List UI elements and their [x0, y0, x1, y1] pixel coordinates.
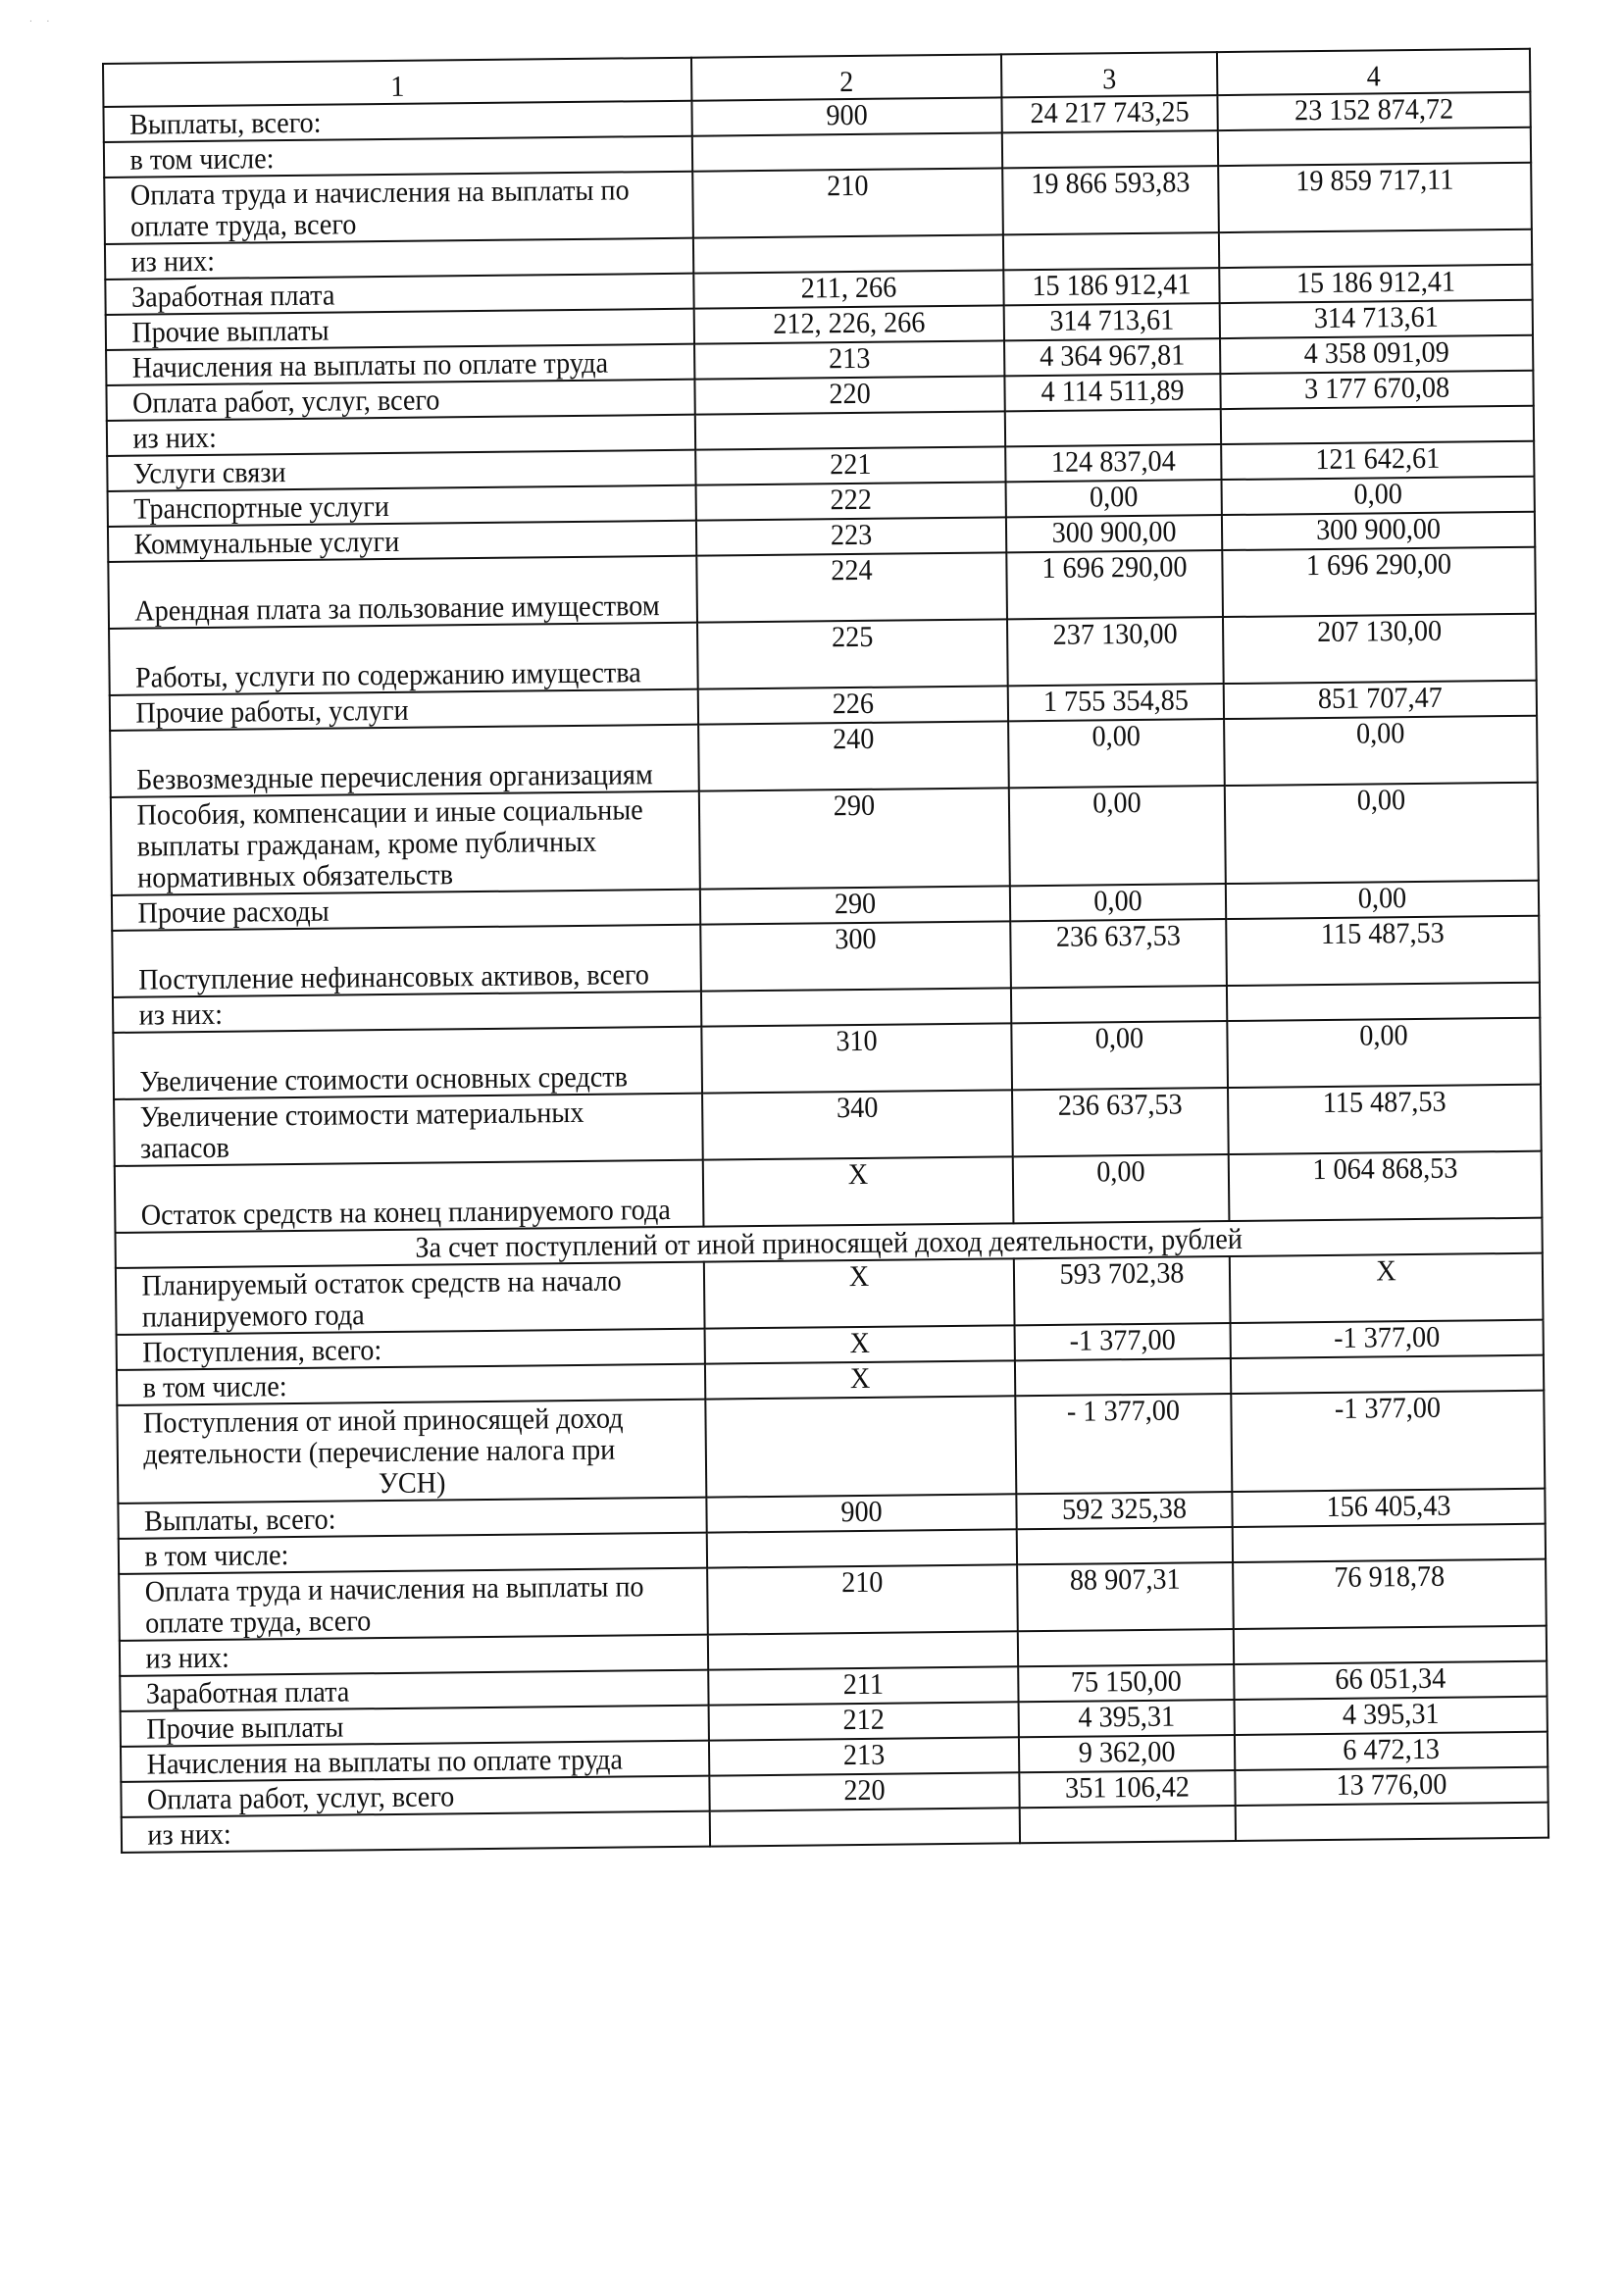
row-value-col3	[1024, 1629, 1227, 1666]
row-value-col4: 156 405,43	[1242, 1489, 1536, 1527]
scan-artifact: . .	[29, 14, 55, 25]
row-value-col3: 593 702,38	[1020, 1256, 1224, 1325]
row-value-col3: 0,00	[1018, 1021, 1222, 1090]
row-code	[701, 132, 992, 171]
row-value-col4: 851 707,47	[1233, 681, 1527, 719]
row-value-col4	[1227, 127, 1521, 166]
row-value-col4: 1 064 868,53	[1238, 1151, 1533, 1221]
row-label: Остаток средств на конец планируемого го…	[132, 1160, 686, 1233]
row-value-col3: 314 713,61	[1010, 303, 1213, 340]
row-value-col4: 19 859 717,11	[1228, 163, 1523, 232]
row-label: Начисления на выплаты по оплате труда	[124, 344, 677, 385]
row-value-col4: 0,00	[1231, 477, 1525, 515]
row-value-col3	[1023, 1527, 1226, 1564]
row-label: Транспортные услуги	[126, 485, 679, 527]
row-label: Выплаты, всего:	[121, 101, 674, 142]
row-value-col4: 4 395,31	[1243, 1697, 1538, 1735]
row-value-col4: 4 358 091,09	[1230, 335, 1524, 374]
row-value-col4	[1243, 1626, 1537, 1664]
row-code: X	[712, 1156, 1004, 1226]
row-code: 300	[710, 921, 1002, 991]
row-value-col3: 4 395,31	[1025, 1700, 1228, 1737]
row-code: 310	[711, 1023, 1003, 1093]
row-label: Работы, услуги по содержанию имущества	[127, 623, 681, 695]
row-code: 290	[708, 788, 1000, 889]
row-value-col3: 592 325,38	[1023, 1492, 1226, 1529]
row-value-col3: 4 364 967,81	[1011, 338, 1214, 376]
row-value-col4: -1 377,00	[1240, 1320, 1534, 1358]
row-code: X	[714, 1325, 1005, 1363]
scanned-page: . . 1 2 3 4 Выплаты, всего:90024 217 743…	[0, 0, 1624, 2294]
row-value-col4	[1242, 1524, 1536, 1562]
row-value-col4	[1236, 983, 1530, 1021]
row-value-col4: 66 051,34	[1243, 1661, 1538, 1700]
column-header-4: 4	[1227, 49, 1521, 95]
table-body-budget: Выплаты, всего:90024 217 743,2523 152 87…	[103, 92, 1542, 1233]
row-code: 900	[716, 1494, 1007, 1532]
column-header-3: 3	[1008, 52, 1211, 97]
row-value-col3	[1011, 409, 1214, 446]
row-code: 210	[717, 1564, 1009, 1634]
row-value-col3	[1009, 232, 1212, 270]
row-value-col3: -1 377,00	[1021, 1323, 1224, 1360]
row-code	[717, 1631, 1008, 1669]
row-label: в том числе:	[136, 1533, 689, 1574]
row-value-col3: 9 362,00	[1026, 1735, 1229, 1772]
row-label: из них:	[125, 415, 678, 456]
row-value-col4: 121 642,61	[1231, 441, 1525, 480]
row-value-col3: 75 150,00	[1025, 1664, 1228, 1702]
row-label: Поступления, всего:	[134, 1329, 687, 1370]
row-label: Выплаты, всего:	[135, 1498, 688, 1539]
row-value-col4	[1228, 229, 1522, 268]
row-label: Арендная плата за пользование имуществом	[126, 556, 680, 629]
row-label: Пособия, компенсации и иные социальные в…	[128, 791, 683, 895]
row-label: Планируемый остаток средств на начало пл…	[133, 1262, 687, 1335]
row-code: 223	[705, 517, 996, 555]
row-code: 211	[718, 1666, 1009, 1705]
row-value-col3	[1026, 1806, 1229, 1843]
row-label-tail: УСН)	[143, 1465, 680, 1503]
row-label: в том числе:	[122, 136, 675, 178]
row-code	[719, 1808, 1010, 1846]
row-code: 900	[701, 97, 992, 135]
row-code: 225	[706, 619, 998, 688]
row-value-col3: - 1 377,00	[1022, 1394, 1226, 1494]
row-code	[702, 234, 993, 273]
row-label: Прочие выплаты	[138, 1706, 691, 1747]
row-code	[710, 988, 1001, 1026]
column-header-2: 2	[700, 54, 991, 100]
row-code: 220	[719, 1772, 1010, 1810]
row-label: Услуги связи	[125, 450, 678, 491]
row-value-col4: 6 472,13	[1243, 1732, 1538, 1770]
row-label: Увеличение стоимости основных средств	[130, 1027, 685, 1099]
row-value-col4: X	[1239, 1253, 1534, 1323]
budget-table: 1 2 3 4 Выплаты, всего:90024 217 743,252…	[102, 48, 1549, 1854]
row-label: Заработная плата	[123, 274, 676, 315]
row-value-col4: 0,00	[1235, 881, 1529, 919]
row-label: из них:	[123, 238, 676, 280]
column-header-1: 1	[121, 58, 674, 107]
row-code: X	[713, 1258, 1005, 1328]
row-label: в том числе:	[134, 1364, 687, 1405]
row-value-col4	[1230, 406, 1524, 444]
row-value-col3: 24 217 743,25	[1008, 95, 1211, 132]
table-row: Поступления от иной приносящей доход дея…	[117, 1391, 1545, 1504]
row-value-col3: 236 637,53	[1019, 1088, 1223, 1156]
row-code: 224	[706, 552, 998, 622]
row-value-col3: 0,00	[1015, 719, 1219, 788]
budget-table-sheet: 1 2 3 4 Выплаты, всего:90024 217 743,252…	[102, 48, 1548, 1854]
row-value-col4: 314 713,61	[1229, 300, 1523, 338]
row-code: 212, 226, 266	[703, 305, 994, 343]
row-code: 221	[705, 446, 996, 484]
row-code: 222	[705, 482, 996, 520]
row-value-col4: 3 177 670,08	[1230, 371, 1524, 409]
row-value-col3: 300 900,00	[1013, 515, 1216, 552]
row-value-col3: 0,00	[1019, 1154, 1223, 1223]
row-value-col3	[1022, 1358, 1225, 1396]
row-label: Оплата труда и начисления на выплаты по …	[136, 1568, 690, 1641]
row-label: Оплата труда и начисления на выплаты по …	[122, 172, 676, 244]
row-value-col4: 0,00	[1234, 783, 1529, 884]
row-value-col4: 13 776,00	[1244, 1767, 1539, 1806]
row-label-text: Поступления от иной приносящей доход дея…	[143, 1402, 624, 1471]
row-value-col4: 207 130,00	[1233, 614, 1528, 684]
row-label: Увеличение стоимости материальных запасо…	[131, 1094, 685, 1166]
row-value-col4: 300 900,00	[1231, 512, 1525, 550]
row-label: Заработная плата	[137, 1670, 690, 1711]
row-value-col4: 115 487,53	[1236, 916, 1531, 986]
row-code: 213	[704, 340, 995, 379]
row-label: Оплата работ, услуг, всего	[124, 380, 677, 421]
row-label: Коммунальные услуги	[126, 521, 679, 562]
row-code: 211, 266	[703, 270, 994, 308]
row-value-col3	[1018, 986, 1221, 1023]
row-value-col3: 4 114 511,89	[1011, 374, 1214, 411]
row-value-col3: 0,00	[1016, 884, 1219, 921]
row-value-col4: 0,00	[1234, 716, 1529, 786]
row-code: 212	[718, 1702, 1009, 1740]
row-label: Прочие выплаты	[124, 309, 677, 350]
row-label: Безвозмездные перечисления организациям	[127, 725, 682, 797]
row-value-col3: 351 106,42	[1026, 1770, 1229, 1808]
row-code: 340	[712, 1090, 1004, 1159]
row-label: Оплата работ, услуг, всего	[138, 1776, 691, 1817]
row-value-col3: 124 837,04	[1012, 444, 1215, 482]
row-code: 290	[709, 886, 1000, 924]
row-label: из них:	[130, 992, 684, 1033]
row-value-col3: 1 755 354,85	[1014, 684, 1217, 721]
row-label: из них:	[137, 1635, 690, 1676]
row-value-col4: 76 918,78	[1243, 1559, 1538, 1629]
row-value-col4	[1244, 1803, 1539, 1841]
row-value-col4: 15 186 912,41	[1229, 265, 1523, 303]
row-code: 240	[708, 721, 1000, 790]
row-value-col3: 88 907,31	[1024, 1562, 1228, 1631]
row-code: 220	[704, 376, 995, 414]
row-code: 210	[702, 168, 994, 237]
row-value-col4: 115 487,53	[1238, 1085, 1533, 1154]
row-code	[704, 411, 995, 449]
row-value-col3: 236 637,53	[1017, 919, 1221, 988]
row-code: 213	[718, 1737, 1009, 1775]
row-code: X	[714, 1360, 1005, 1399]
row-value-col3: 1 696 290,00	[1013, 550, 1217, 619]
row-label: из них:	[139, 1811, 692, 1853]
row-code	[716, 1529, 1007, 1567]
row-value-col4: 1 696 290,00	[1232, 547, 1527, 617]
row-label: Поступления от иной приносящей доход дея…	[134, 1400, 688, 1504]
row-value-col4: 23 152 874,72	[1227, 92, 1521, 130]
row-value-col3: 237 130,00	[1014, 617, 1218, 686]
table-row: Пособия, компенсации и иные социальные в…	[111, 783, 1539, 895]
row-label: Прочие расходы	[129, 890, 683, 931]
row-label: Начисления на выплаты по оплате труда	[138, 1741, 691, 1782]
row-value-col4: -1 377,00	[1241, 1391, 1536, 1492]
row-value-col3	[1008, 130, 1211, 168]
row-value-col3: 19 866 593,83	[1009, 166, 1213, 234]
row-value-col4	[1240, 1355, 1534, 1394]
row-code: 226	[707, 686, 998, 724]
row-value-col3: 0,00	[1015, 786, 1219, 886]
row-label: Поступление нефинансовых активов, всего	[129, 925, 684, 997]
table-body-income-activity: Планируемый остаток средств на начало пл…	[116, 1253, 1548, 1853]
row-code	[715, 1396, 1007, 1497]
row-label: Прочие работы, услуги	[127, 689, 681, 731]
row-value-col4: 0,00	[1237, 1018, 1532, 1088]
row-value-col3: 0,00	[1012, 480, 1215, 517]
row-value-col3: 15 186 912,41	[1010, 268, 1213, 305]
